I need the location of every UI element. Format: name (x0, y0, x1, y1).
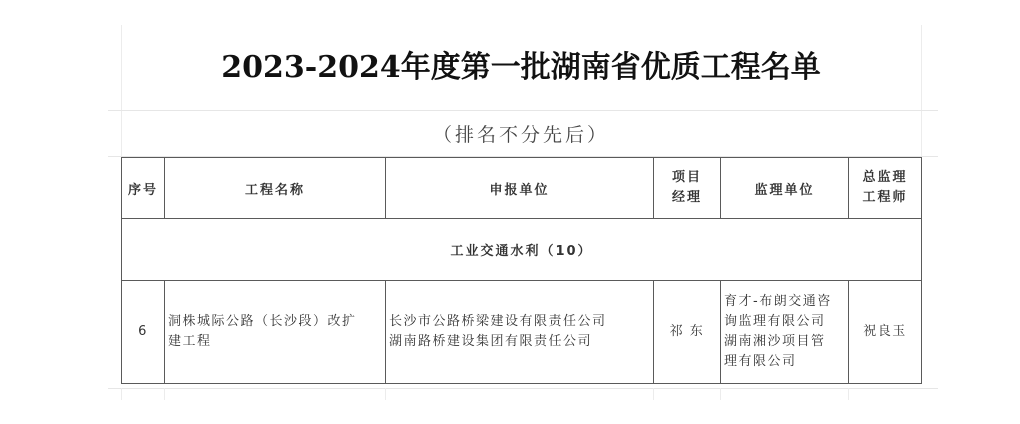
header-project-name: 工程名称 (165, 158, 386, 219)
supervisor-line: 询监理有限公司 (724, 312, 845, 332)
document-subtitle: （排名不分先后） (121, 118, 921, 152)
project-name-line: 建工程 (168, 332, 382, 352)
sheet-gridline (121, 388, 122, 400)
header-project-manager-line1: 项目 (657, 168, 717, 188)
sheet-gridline (848, 388, 849, 400)
cell-project-name: 洞株城际公路（长沙段）改扩 建工程 (165, 281, 386, 384)
sheet-gridline (653, 388, 654, 400)
header-applicant: 申报单位 (386, 158, 654, 219)
header-supervisor-unit: 监理单位 (721, 158, 849, 219)
sheet-gridline (108, 110, 938, 111)
applicant-line: 长沙市公路桥梁建设有限责任公司 (389, 312, 650, 332)
supervisor-line: 湖南湘沙项目管 (724, 332, 845, 352)
header-seq: 序号 (122, 158, 165, 219)
header-chief-supervisor-line2: 工程师 (852, 188, 918, 208)
sheet-gridline (108, 388, 938, 389)
project-name-line: 洞株城际公路（长沙段）改扩 (168, 312, 382, 332)
applicant-line: 湖南路桥建设集团有限责任公司 (389, 332, 650, 352)
category-row: 工业交通水利（10） (122, 219, 922, 281)
sheet-gridline (385, 388, 386, 400)
header-applicant-label: 申报单位 (489, 183, 549, 198)
category-label: 工业交通水利（10） (122, 219, 922, 281)
sheet-gridline (921, 25, 922, 157)
supervisor-line: 育才-布朗交通咨 (724, 292, 845, 312)
table-header-row: 序号 工程名称 申报单位 项目 经理 监理单位 总监理 工程师 (122, 158, 922, 219)
supervisor-line: 理有限公司 (724, 352, 845, 372)
header-chief-supervisor: 总监理 工程师 (849, 158, 922, 219)
cell-applicant: 长沙市公路桥梁建设有限责任公司 湖南路桥建设集团有限责任公司 (386, 281, 654, 384)
header-seq-label: 序号 (128, 183, 158, 198)
table-row: 6 洞株城际公路（长沙段）改扩 建工程 长沙市公路桥梁建设有限责任公司 湖南路桥… (122, 281, 922, 384)
sheet-gridline (720, 388, 721, 400)
header-chief-supervisor-line1: 总监理 (852, 168, 918, 188)
document-title: 2023-2024年度第一批湖南省优质工程名单 (121, 38, 921, 98)
sheet-gridline (164, 388, 165, 400)
cell-seq: 6 (122, 281, 165, 384)
header-project-name-label: 工程名称 (245, 183, 305, 198)
cell-chief-supervisor: 祝良玉 (849, 281, 922, 384)
header-project-manager-line2: 经理 (657, 188, 717, 208)
header-supervisor-unit-label: 监理单位 (754, 183, 814, 198)
header-project-manager: 项目 经理 (654, 158, 721, 219)
cell-project-manager: 祁 东 (654, 281, 721, 384)
cell-supervisor-unit: 育才-布朗交通咨 询监理有限公司 湖南湘沙项目管 理有限公司 (721, 281, 849, 384)
project-list-table: 序号 工程名称 申报单位 项目 经理 监理单位 总监理 工程师 工业交通水利（1… (121, 157, 922, 384)
